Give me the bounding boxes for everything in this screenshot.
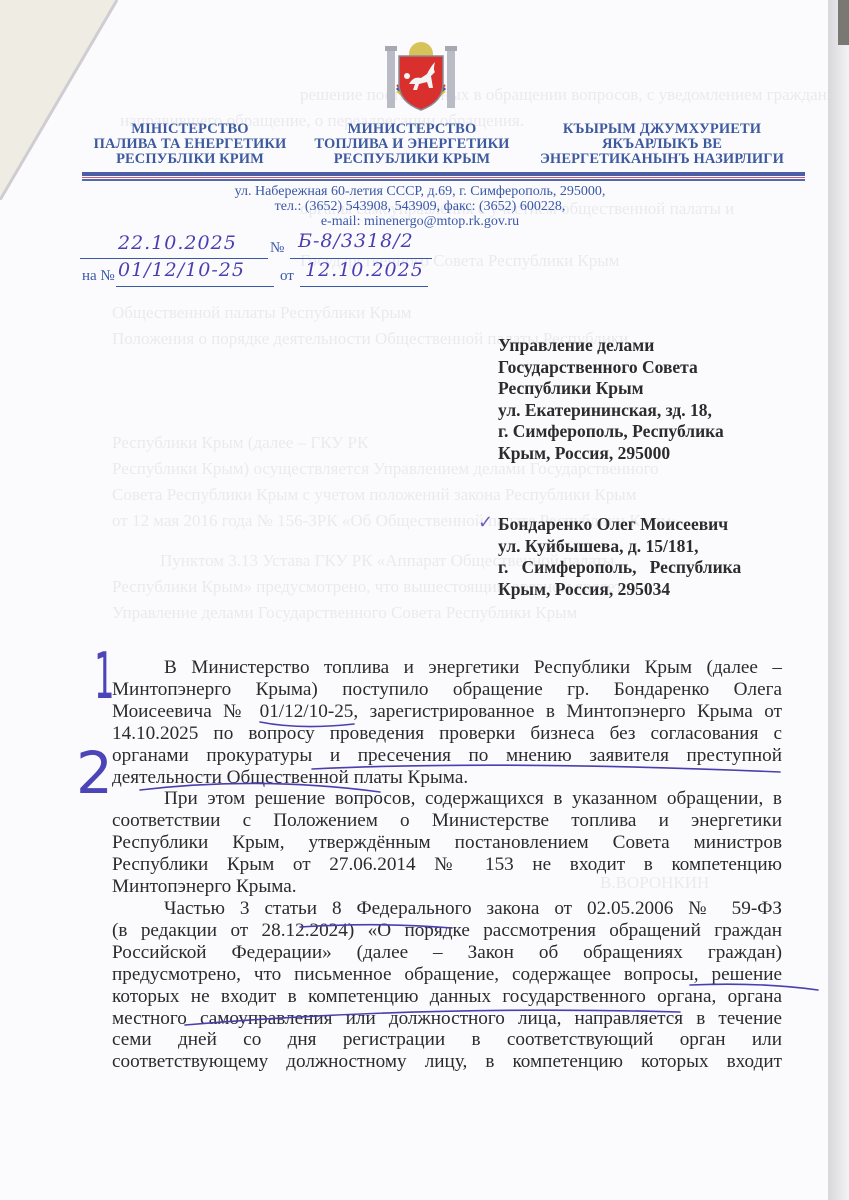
show-through-text: Управление делами Государственного Совет…: [112, 600, 577, 626]
scanner-background: [838, 0, 849, 45]
page-edge-shadow: [828, 0, 849, 1200]
ministry-address: ул. Набережная 60-летия СССР, д.69, г. С…: [180, 184, 660, 199]
check-mark-icon: ✓: [478, 512, 493, 533]
outgoing-date: 22.10.2025: [118, 232, 237, 254]
letter-body: В Министерство топлива и энергетики Респ…: [112, 657, 782, 1073]
paragraph-1: В Министерство топлива и энергетики Респ…: [112, 657, 782, 788]
ministry-email: e-mail: minenergo@mtop.rk.gov.ru: [180, 214, 660, 229]
show-through-text: Республики Крым (далее – ГКУ РК: [112, 430, 368, 456]
show-through-text: Совета Республики Крым с учетом положени…: [112, 482, 636, 508]
outgoing-number: Б-8/3318/2: [298, 230, 414, 252]
margin-mark-2: 2: [76, 748, 113, 798]
ministry-phones: тел.: (3652) 543908, 543909, факс: (3652…: [180, 199, 660, 214]
paragraph-2: При этом решение вопросов, содержащихся …: [112, 788, 782, 898]
letterhead-divider: [82, 179, 805, 181]
ministry-name-russian: МИНИСТЕРСТВО ТОПЛИВА И ЭНЕРГЕТИКИ РЕСПУБ…: [292, 122, 532, 167]
coat-of-arms-icon: [383, 40, 459, 116]
addressee-applicant: Бондаренко Олег Моисеевич ул. Куйбышева,…: [498, 514, 741, 600]
letterhead-divider: [82, 177, 805, 178]
reply-to-number: 01/12/10-25: [118, 259, 245, 281]
from-label: от: [280, 268, 294, 285]
addressee-state-council: Управление делами Государственного Совет…: [498, 335, 724, 464]
reply-to-label: на №: [82, 268, 115, 285]
letter-page: решение поставленных в обращении вопросо…: [0, 0, 828, 1200]
number-label: №: [270, 240, 284, 257]
reply-to-date: 12.10.2025: [305, 259, 424, 281]
ministry-contacts: ул. Набережная 60-летия СССР, д.69, г. С…: [180, 184, 660, 229]
paragraph-3: Частью 3 статьи 8 Федерального закона от…: [112, 898, 782, 1073]
ministry-name-crimean-tatar: КЪЫРЫМ ДЖУМХУРИЕТИ ЯКЪАРЛЫКЪ ВЕ ЭНЕРГЕТИ…: [522, 122, 802, 167]
fold-edge: [0, 0, 120, 200]
letterhead-divider: [82, 172, 805, 176]
show-through-text: Общественной палаты Республики Крым: [112, 300, 412, 326]
